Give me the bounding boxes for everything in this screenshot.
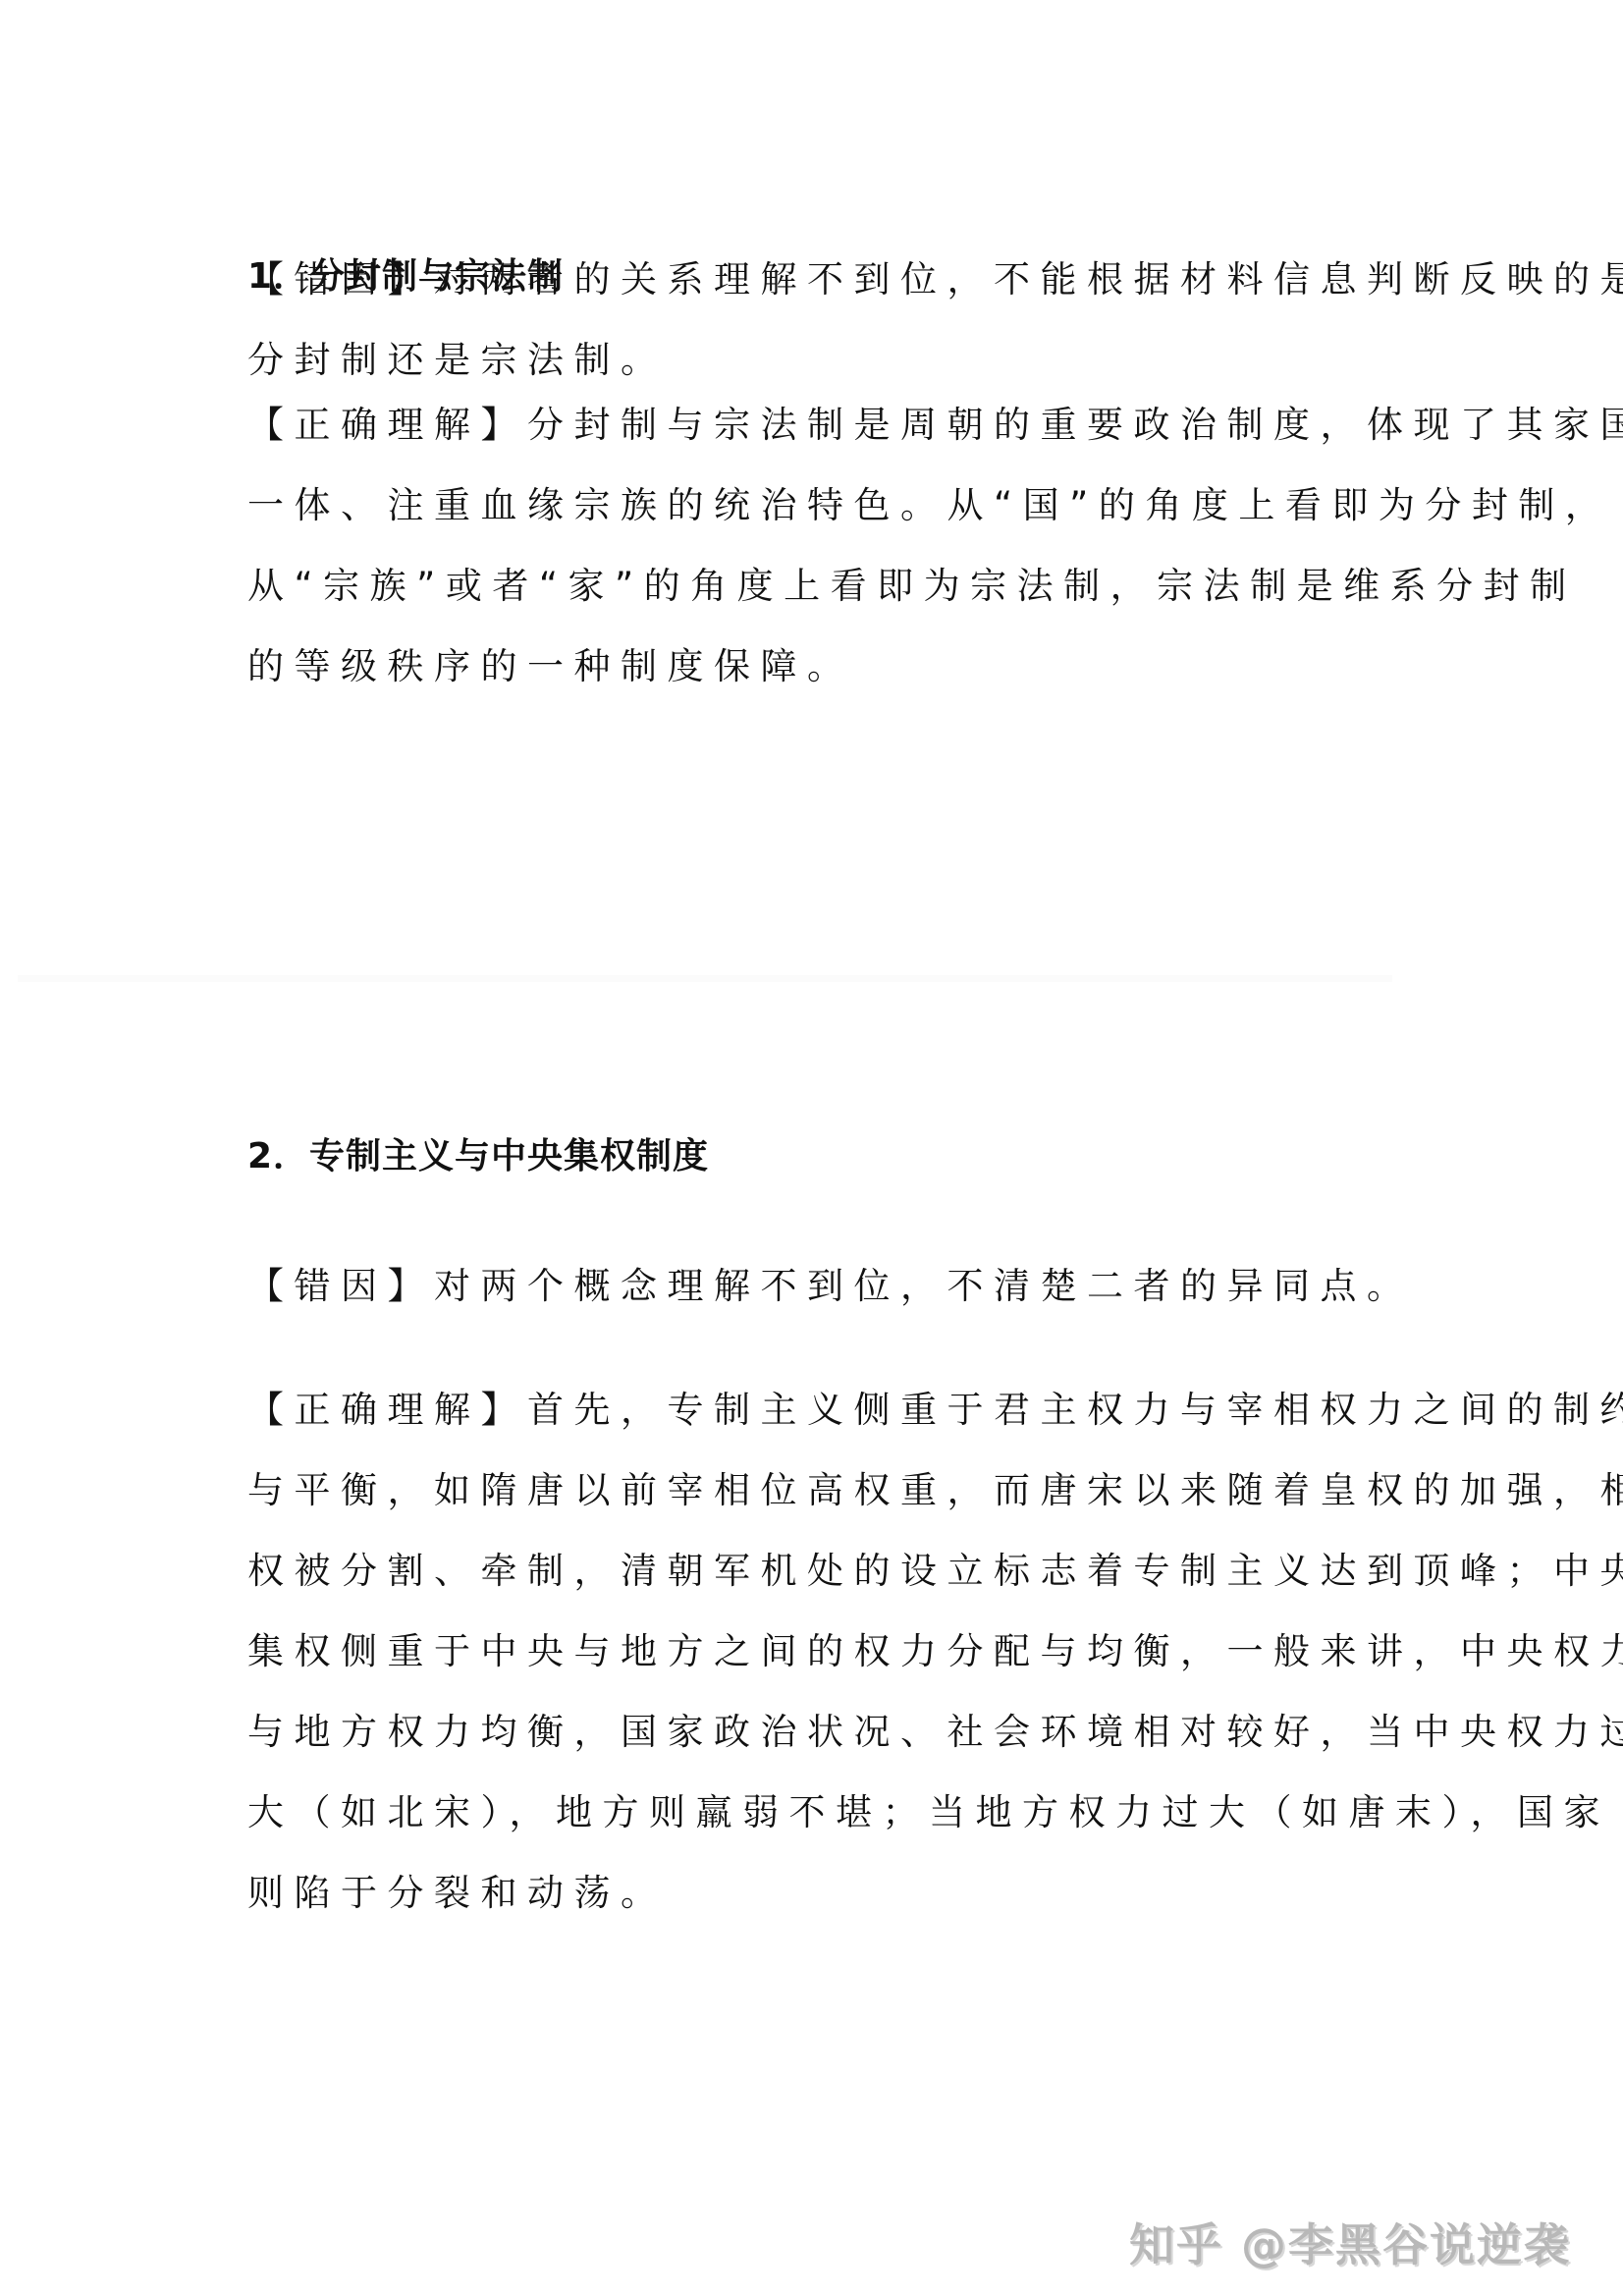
- section-2-understanding-line-7: 则陷于分裂和动荡。: [247, 1853, 1352, 1934]
- section-divider: [18, 975, 1392, 982]
- section-2-understanding-line-1: 【正确理解】首先，专制主义侧重于君主权力与宰相权力之间的制约: [247, 1370, 1352, 1450]
- section-2-understanding-paragraph: 【正确理解】首先，专制主义侧重于君主权力与宰相权力之间的制约 与平衡，如隋唐以前…: [247, 1370, 1352, 1934]
- section-2-understanding-line-3: 权被分割、牵制，清朝军机处的设立标志着专制主义达到顶峰；中央: [247, 1531, 1352, 1612]
- section-2-understanding-line-4: 集权侧重于中央与地方之间的权力分配与均衡，一般来讲，中央权力: [247, 1612, 1352, 1692]
- section-1-understanding-line-2: 一体、注重血缘宗族的统治特色。从“国”的角度上看即为分封制，: [247, 465, 1352, 546]
- section-1-understanding-paragraph: 【正确理解】分封制与宗法制是周朝的重要政治制度，体现了其家国 一体、注重血缘宗族…: [247, 385, 1352, 707]
- section-2-understanding-line-6: 大（如北宋），地方则羸弱不堪；当地方权力过大（如唐末），国家: [247, 1773, 1352, 1853]
- section-1-understanding-line-3: 从“宗族”或者“家”的角度上看即为宗法制，宗法制是维系分封制: [247, 546, 1352, 627]
- zhihu-watermark: 知乎 @李黑谷说逆袭: [1129, 2210, 1571, 2274]
- section-1-cause-paragraph: 【错因】对两者的关系理解不到位，不能根据材料信息判断反映的是: [247, 240, 1352, 320]
- section-1-understanding-line-4: 的等级秩序的一种制度保障。: [247, 627, 1352, 707]
- section-2-understanding-line-2: 与平衡，如隋唐以前宰相位高权重，而唐宋以来随着皇权的加强，相: [247, 1450, 1352, 1531]
- section-2-cause-line-1: 【错因】对两个概念理解不到位，不清楚二者的异同点。: [247, 1246, 1352, 1327]
- section-2-heading: 2．专制主义与中央集权制度: [247, 1137, 709, 1176]
- section-1-understanding-line-1: 【正确理解】分封制与宗法制是周朝的重要政治制度，体现了其家国: [247, 385, 1352, 465]
- section-2-understanding-line-5: 与地方权力均衡，国家政治状况、社会环境相对较好，当中央权力过: [247, 1692, 1352, 1773]
- section-1-cause-line-1: 【错因】对两者的关系理解不到位，不能根据材料信息判断反映的是: [247, 240, 1352, 320]
- section-2-cause-paragraph: 【错因】对两个概念理解不到位，不清楚二者的异同点。: [247, 1246, 1352, 1327]
